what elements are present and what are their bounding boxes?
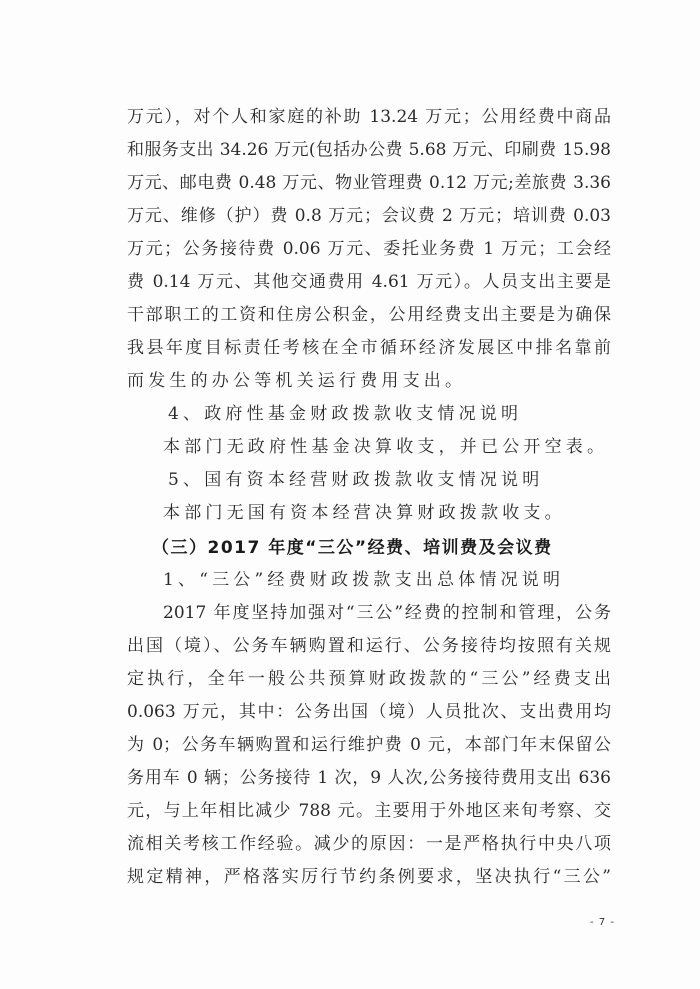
section-heading-3: （三）2017 年度“三公”经费、培训费及会议费 <box>152 537 553 559</box>
subsection-1-title: 1、“三公”经费财政拨款支出总体情况说明 <box>163 570 564 590</box>
section-5-body: 本部门无国有资本经营决算财政拨款收支。 <box>163 503 566 523</box>
section-5-title: 5、国有资本经营财政拨款收支情况说明 <box>168 470 543 490</box>
section-4-body: 本部门无政府性基金决算收支，并已公开空表。 <box>163 437 608 457</box>
body-line: 出国（境）、公务车辆购置和运行、公务接待均按照有关规 <box>127 636 611 656</box>
body-line: 元，与上年相比减少 788 元。主要用于外地区来旬考察、交 <box>127 801 611 821</box>
body-line: 我县年度目标责任考核在全市循环经济发展区中排名靠前 <box>127 338 611 358</box>
body-line: 万元；公务接待费 0.06 万元、委托业务费 1 万元；工会经 <box>127 239 611 259</box>
body-line: 0.063 万元，其中：公务出国（境）人员批次、支出费用均 <box>127 702 611 722</box>
body-line: 万元、邮电费 0.48 万元、物业管理费 0.12 万元;差旅费 3.36 <box>127 173 611 193</box>
body-line: 为 0；公务车辆购置和运行维护费 0 元，本部门年末保留公 <box>127 735 611 755</box>
body-line: 流相关考核工作经验。减少的原因：一是严格执行中央八项 <box>127 834 611 854</box>
body-line: 万元），对个人和家庭的补助 13.24 万元；公用经费中商品 <box>127 107 611 127</box>
body-line: 和服务支出 34.26 万元(包括办公费 5.68 万元、印刷费 15.98 <box>127 140 611 160</box>
body-line: 而发生的办公等机关运行费用支出。 <box>127 371 611 391</box>
body-line: 干部职工的工资和住房公积金，公用经费支出主要是为确保 <box>127 305 611 325</box>
body-line: 万元、维修（护）费 0.8 万元；会议费 2 万元；培训费 0.03 <box>127 206 611 226</box>
page-number: - 7 - <box>590 917 615 928</box>
body-line: 定执行，全年一般公共预算财政拨款的“三公”经费支出 <box>127 669 611 689</box>
section-4-title: 4、政府性基金财政拨款收支情况说明 <box>168 404 522 424</box>
body-line: 费 0.14 万元、其他交通费用 4.61 万元）。人员支出主要是 <box>127 272 611 292</box>
body-line: 2017 年度坚持加强对“三公”经费的控制和管理，公务 <box>163 603 611 623</box>
body-line: 规定精神，严格落实厉行节约条例要求，坚决执行“三公” <box>127 867 611 887</box>
body-line: 务用车 0 辆；公务接待 1 次，9 人次,公务接待费用支出 636 <box>127 768 611 788</box>
document-page: 万元），对个人和家庭的补助 13.24 万元；公用经费中商品 和服务支出 34.… <box>0 0 700 989</box>
